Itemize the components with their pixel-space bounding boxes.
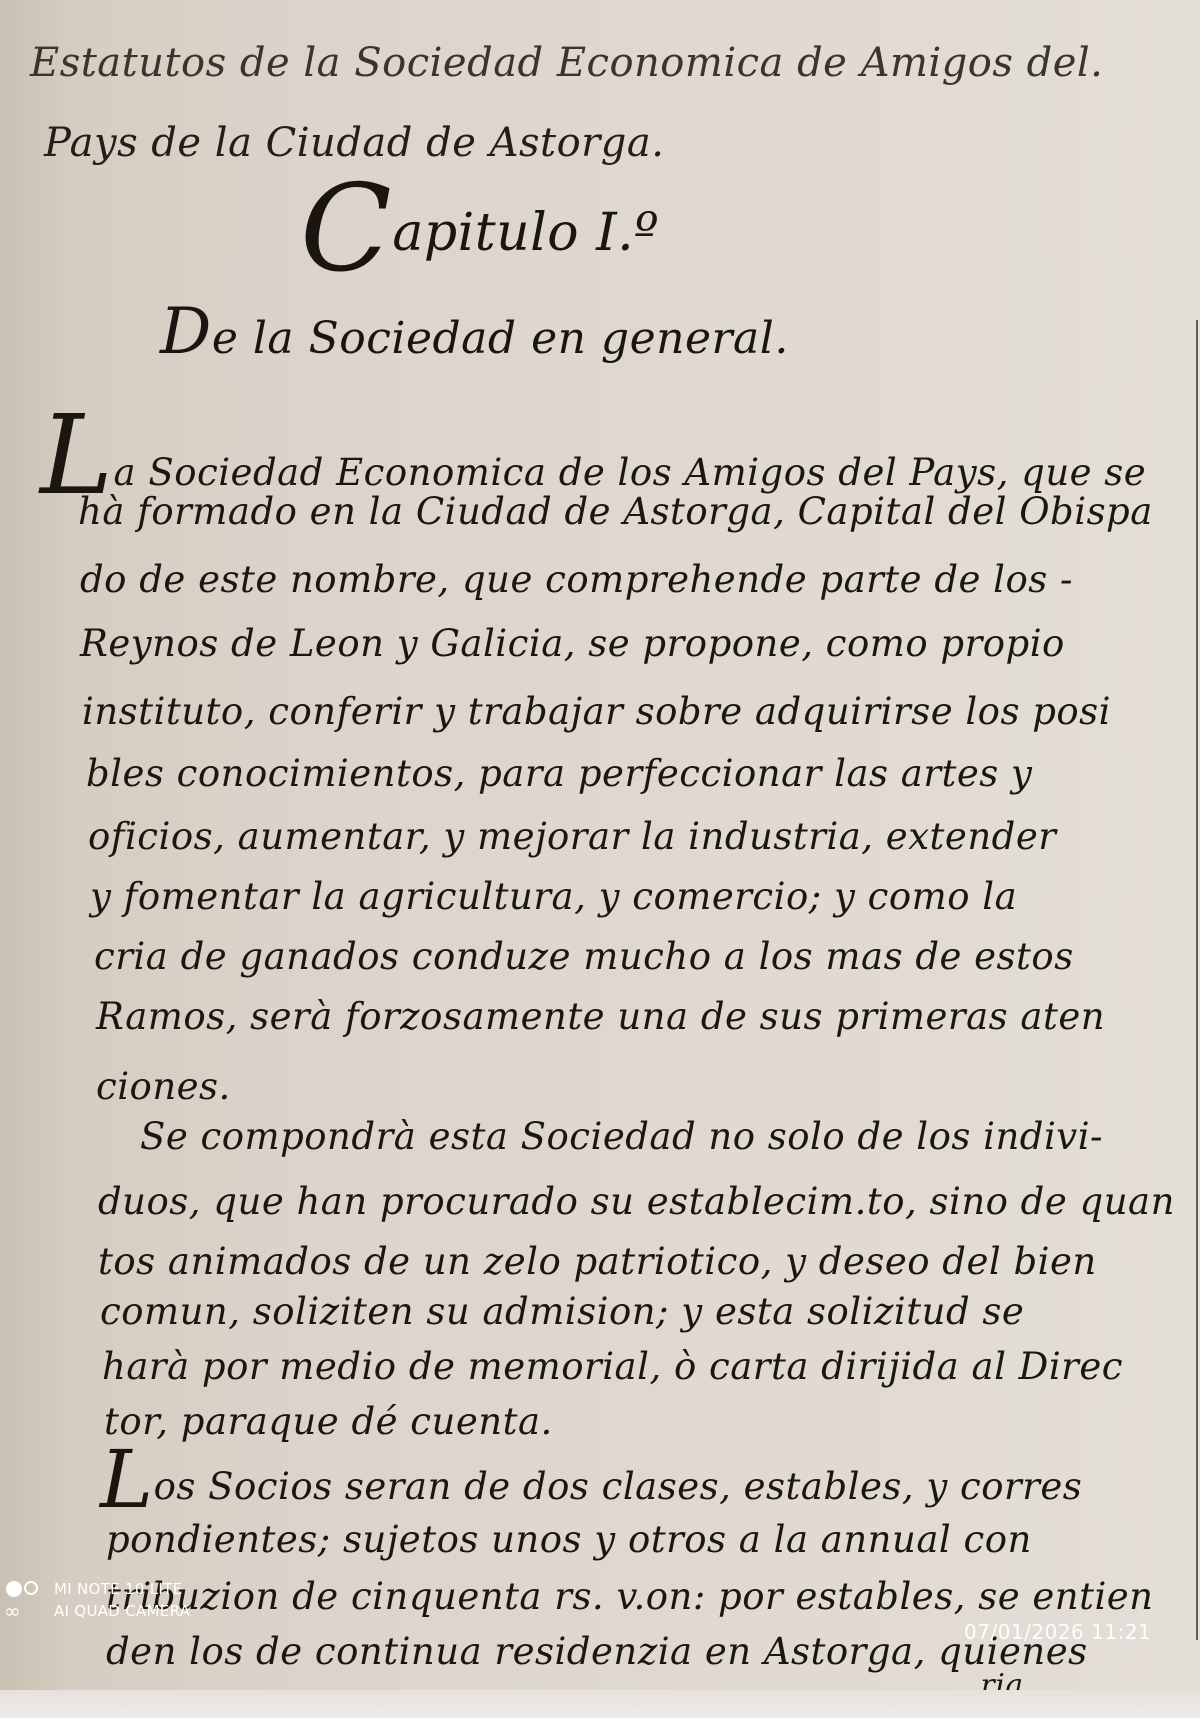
paragraph-3-initial: L: [100, 1433, 154, 1526]
page-edge-divider: [1196, 320, 1198, 1640]
camera-watermark: ∞ MI NOTE 10 LITE AI QUAD CAMERA: [4, 1578, 190, 1622]
paragraph-1-line-8: y fomentar la agricultura, y comercio; y…: [90, 875, 1017, 918]
paragraph-2-line-1: Se compondrà esta Sociedad no solo de lo…: [140, 1115, 1103, 1158]
section-heading-initial: D: [160, 295, 212, 369]
page-bottom-margin: [0, 1690, 1200, 1718]
camera-model-label: MI NOTE 10 LITE: [54, 1578, 190, 1600]
paragraph-1-line-4: Reynos de Leon y Galicia, se propone, co…: [80, 622, 1065, 665]
paragraph-1-line-11: ciones.: [96, 1065, 231, 1108]
chapter-label: apitulo I.º: [392, 203, 659, 263]
paragraph-1-line-7: oficios, aumentar, y mejorar la industri…: [88, 815, 1056, 858]
section-heading-text: e la Sociedad en general.: [212, 313, 789, 364]
paragraph-2-line-5: harà por medio de memorial, ò carta diri…: [102, 1345, 1123, 1388]
line-text: a Sociedad Economica de los Amigos del P…: [114, 451, 1147, 494]
paragraph-2-line-2: duos, que han procurado su establecim.to…: [98, 1180, 1175, 1223]
paragraph-1-line-9: cria de ganados conduze mucho a los mas …: [94, 935, 1074, 978]
paragraph-3-line-4: den los de continua residenzia en Astorg…: [106, 1630, 1088, 1673]
chapter-initial: C: [300, 160, 392, 299]
photo-timestamp: 07/01/2026 11:21: [964, 1620, 1151, 1644]
line-text: os Socios seran de dos clases, estables,…: [154, 1465, 1083, 1508]
manuscript-page: Estatutos de la Sociedad Economica de Am…: [0, 0, 1200, 1718]
paragraph-3-line-2: pondientes; sujetos unos y otros a la an…: [106, 1518, 1032, 1561]
section-heading: De la Sociedad en general.: [160, 295, 789, 369]
paragraph-1-line-3: do de este nombre, que comprehende parte…: [80, 558, 1073, 601]
paragraph-1-line-2: hà formado en la Ciudad de Astorga, Capi…: [78, 490, 1153, 533]
paragraph-1-line-6: bles conocimientos, para perfeccionar la…: [86, 752, 1032, 795]
paragraph-3-line-1: Los Socios seran de dos clases, estables…: [100, 1440, 1082, 1520]
paragraph-2-line-6: tor, paraque dé cuenta.: [104, 1400, 553, 1443]
paragraph-1-line-5: instituto, conferir y trabajar sobre adq…: [82, 690, 1111, 733]
camera-type-label: AI QUAD CAMERA: [54, 1600, 190, 1622]
chapter-heading: Capitulo I.º: [300, 170, 659, 290]
camera-logo-icon: ∞: [4, 1579, 46, 1621]
paragraph-2-line-4: comun, soliziten su admision; y esta sol…: [100, 1290, 1024, 1333]
document-title-line-1: Estatutos de la Sociedad Economica de Am…: [30, 40, 1103, 86]
paragraph-3-line-3: tribuzion de cinquenta rs. v.on: por est…: [106, 1575, 1154, 1618]
paragraph-2-line-3: tos animados de un zelo patriotico, y de…: [98, 1240, 1097, 1283]
paragraph-1-line-10: Ramos, serà forzosamente una de sus prim…: [96, 995, 1105, 1038]
